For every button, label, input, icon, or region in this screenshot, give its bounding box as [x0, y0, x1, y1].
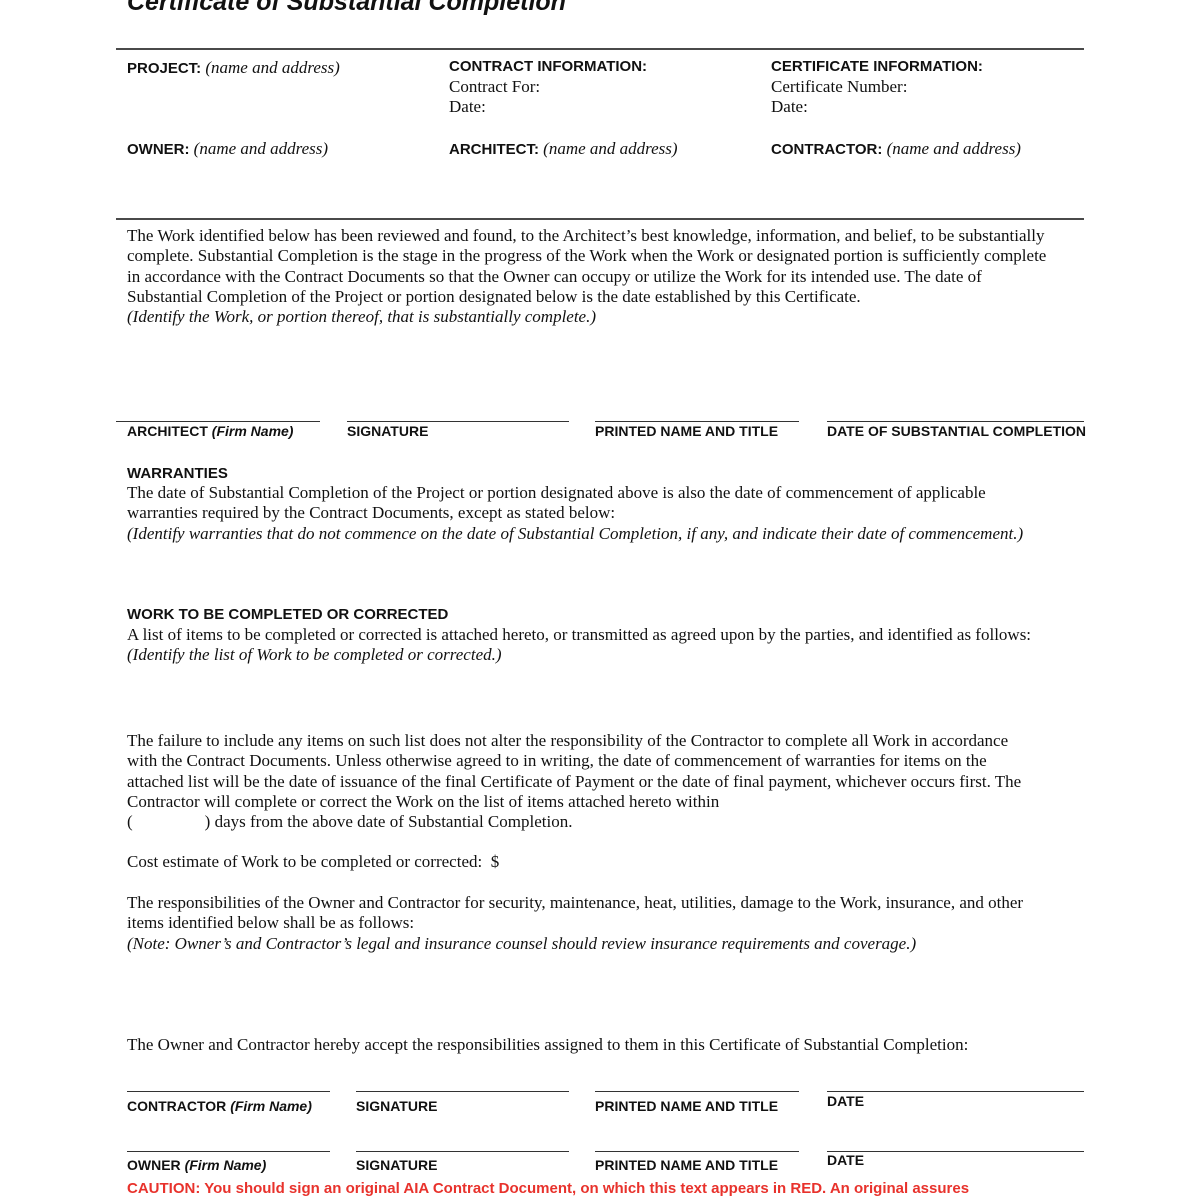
owner-hint: (name and address) — [194, 139, 328, 158]
contract-for-field[interactable]: Contract For: — [449, 77, 647, 97]
days-open-paren: ( — [127, 812, 133, 831]
owner-firm-label-text: OWNER — [127, 1157, 181, 1173]
days-text: ) days from the above date of Substantia… — [205, 812, 573, 831]
architect-firm-hint: (Firm Name) — [212, 423, 294, 439]
responsibilities-line: The responsibilities of the Owner and Co… — [127, 893, 1092, 913]
certificate-date-field[interactable]: Date: — [771, 97, 983, 117]
architect-printed-name-label: PRINTED NAME AND TITLE — [595, 423, 778, 439]
contract-date-field[interactable]: Date: — [449, 97, 647, 117]
acceptance-statement: The Owner and Contractor hereby accept t… — [127, 1035, 1092, 1055]
top-rule — [116, 48, 1084, 50]
owner-firm-hint: (Firm Name) — [185, 1157, 267, 1173]
failure-line: with the Contract Documents. Unless othe… — [127, 751, 1092, 771]
contractor-hint: (name and address) — [887, 139, 1021, 158]
failure-paragraph: The failure to include any items on such… — [127, 731, 1092, 832]
certificate-information-label: CERTIFICATE INFORMATION: — [771, 58, 983, 75]
contractor-printed-name-line[interactable] — [595, 1091, 799, 1092]
project-hint: (name and address) — [205, 58, 339, 77]
contractor-signature-label: SIGNATURE — [356, 1098, 437, 1114]
owner-signature-line[interactable] — [356, 1151, 569, 1152]
architect-printed-name-line[interactable] — [595, 421, 799, 422]
work-to-complete-heading: WORK TO BE COMPLETED OR CORRECTED — [127, 606, 448, 623]
owner-printed-name-line[interactable] — [595, 1151, 799, 1152]
currency-symbol: $ — [491, 852, 500, 871]
architect-field[interactable]: ARCHITECT: (name and address) — [449, 139, 678, 159]
warranties-note: (Identify warranties that do not commenc… — [127, 524, 1092, 544]
intro-line: complete. Substantial Completion is the … — [127, 246, 1092, 266]
owner-field[interactable]: OWNER: (name and address) — [127, 139, 328, 159]
responsibilities-note: (Note: Owner’s and Contractor’s legal an… — [127, 934, 1092, 954]
contract-information: CONTRACT INFORMATION: Contract For: Date… — [449, 58, 647, 117]
contractor-signature-line[interactable] — [356, 1091, 569, 1092]
failure-line: The failure to include any items on such… — [127, 731, 1092, 751]
responsibilities-paragraph: The responsibilities of the Owner and Co… — [127, 893, 1092, 954]
failure-line: attached list will be the date of issuan… — [127, 772, 1092, 792]
work-to-complete-note: (Identify the list of Work to be complet… — [127, 645, 1092, 665]
certificate-number-field[interactable]: Certificate Number: — [771, 77, 983, 97]
contract-information-label: CONTRACT INFORMATION: — [449, 58, 647, 75]
contractor-field[interactable]: CONTRACTOR: (name and address) — [771, 139, 1021, 159]
work-to-complete-paragraph: A list of items to be completed or corre… — [127, 625, 1092, 666]
intro-line: The Work identified below has been revie… — [127, 226, 1092, 246]
architect-firm-line[interactable] — [116, 421, 320, 422]
contractor-firm-label: CONTRACTOR (Firm Name) — [127, 1098, 312, 1114]
responsibilities-line: items identified below shall be as follo… — [127, 913, 1092, 933]
header-bottom-rule — [116, 218, 1084, 220]
architect-signature-line[interactable] — [347, 421, 569, 422]
warranties-line: warranties required by the Contract Docu… — [127, 503, 1092, 523]
days-line: () days from the above date of Substanti… — [127, 812, 1092, 832]
architect-hint: (name and address) — [543, 139, 677, 158]
architect-signature-label: SIGNATURE — [347, 423, 428, 439]
owner-signature-label: SIGNATURE — [356, 1157, 437, 1173]
owner-firm-label: OWNER (Firm Name) — [127, 1157, 266, 1173]
failure-line: Contractor will complete or correct the … — [127, 792, 1092, 812]
owner-firm-line[interactable] — [127, 1151, 330, 1152]
warranties-heading: WARRANTIES — [127, 465, 228, 482]
work-to-complete-line: A list of items to be completed or corre… — [127, 625, 1092, 645]
contractor-firm-label-text: CONTRACTOR — [127, 1098, 226, 1114]
cost-estimate: Cost estimate of Work to be completed or… — [127, 852, 1092, 872]
project-label: PROJECT: — [127, 60, 201, 77]
intro-note: (Identify the Work, or portion thereof, … — [127, 307, 1092, 327]
warranties-line: The date of Substantial Completion of th… — [127, 483, 1092, 503]
project-field[interactable]: PROJECT: (name and address) — [127, 58, 340, 78]
warranties-paragraph: The date of Substantial Completion of th… — [127, 483, 1092, 544]
document-title: Certificate of Substantial Completion — [127, 0, 566, 17]
contractor-firm-line[interactable] — [127, 1091, 330, 1092]
caution-notice: CAUTION: You should sign an original AIA… — [127, 1180, 969, 1197]
owner-date-line[interactable] — [827, 1151, 1084, 1152]
intro-line: Substantial Completion of the Project or… — [127, 287, 1092, 307]
architect-label: ARCHITECT: — [449, 141, 539, 158]
architect-firm-label-text: ARCHITECT — [127, 423, 208, 439]
contractor-date-label: DATE — [827, 1093, 864, 1109]
contractor-printed-name-label: PRINTED NAME AND TITLE — [595, 1098, 778, 1114]
contractor-date-line[interactable] — [827, 1091, 1084, 1092]
owner-date-label: DATE — [827, 1152, 864, 1168]
owner-printed-name-label: PRINTED NAME AND TITLE — [595, 1157, 778, 1173]
substantial-completion-date-line[interactable] — [827, 421, 1084, 422]
cost-estimate-label: Cost estimate of Work to be completed or… — [127, 852, 482, 871]
intro-line: in accordance with the Contract Document… — [127, 267, 1092, 287]
certificate-information: CERTIFICATE INFORMATION: Certificate Num… — [771, 58, 983, 117]
intro-paragraph: The Work identified below has been revie… — [127, 226, 1092, 327]
architect-firm-label: ARCHITECT (Firm Name) — [127, 423, 293, 439]
owner-label: OWNER: — [127, 141, 190, 158]
contractor-label: CONTRACTOR: — [771, 141, 882, 158]
contractor-firm-hint: (Firm Name) — [230, 1098, 312, 1114]
substantial-completion-date-label: DATE OF SUBSTANTIAL COMPLETION — [827, 423, 1086, 439]
